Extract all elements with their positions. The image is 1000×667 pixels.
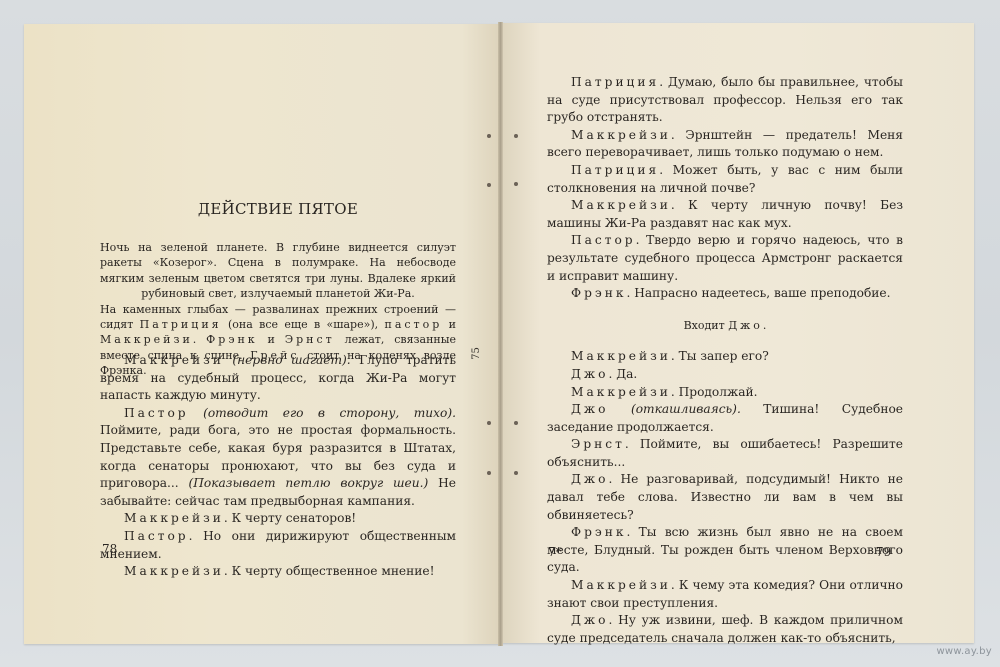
- watermark: www.ay.by: [936, 646, 992, 657]
- book-spine: [498, 22, 503, 646]
- text: Входит: [684, 319, 729, 332]
- dialogue-line: Джо (откашливаясь). Тишина! Судебное зас…: [547, 401, 903, 436]
- left-dialogue: Маккрейзи (нервно шагает). Глупо тратить…: [100, 352, 456, 581]
- speaker-name: Маккрейзи: [571, 128, 671, 142]
- dialogue-line: Патриция. Думаю, было бы правильнее, что…: [547, 74, 903, 127]
- speaker-name: Пастор: [124, 406, 189, 420]
- line-text: . Продолжай.: [671, 385, 758, 399]
- line-text: . К черту сенаторов!: [224, 511, 356, 525]
- dialogue-line: Маккрейзи. К черту сенаторов!: [100, 510, 456, 528]
- speaker-name: Маккрейзи: [124, 564, 224, 578]
- line-text: . Ты запер его?: [671, 349, 769, 363]
- dialogue-line: Джо. Ну уж извини, шеф. В каждом приличн…: [547, 612, 903, 647]
- enter-stage-direction: Входит Джо.: [547, 317, 903, 335]
- dialogue-line: Джо. Не разговаривай, подсудимый! Никто …: [547, 471, 903, 524]
- character-name: пастор: [385, 318, 443, 331]
- dialogue-line: Фрэнк. Напрасно надеетесь, ваше преподоб…: [547, 285, 903, 303]
- character-name: Эрнст: [285, 333, 335, 346]
- speaker-name: Маккрейзи: [571, 578, 671, 592]
- dialogue-line: Маккрейзи. К чему эта комедия? Они отлич…: [547, 577, 903, 612]
- text: и: [258, 333, 285, 346]
- text: и: [442, 318, 456, 331]
- line-text: . К черту общественное мнение!: [224, 564, 435, 578]
- speaker-name: Маккрейзи: [571, 385, 671, 399]
- staple-hole-icon: [487, 134, 491, 138]
- speaker-name: Маккрейзи: [124, 353, 224, 367]
- speaker-name: Маккрейзи: [571, 198, 671, 212]
- signature-mark: 7*: [548, 545, 562, 559]
- gutter-sheet-number: 75: [471, 347, 482, 360]
- speaker-name: Маккрейзи: [124, 511, 224, 525]
- staple-hole-icon: [514, 182, 518, 186]
- dialogue-line: Патриция. Может быть, у вас с ним были с…: [547, 162, 903, 197]
- staple-hole-icon: [514, 134, 518, 138]
- dialogue-line: Фрэнк. Ты всю жизнь был явно не на своем…: [547, 524, 903, 577]
- text: .: [763, 319, 767, 332]
- stage-note: (отводит его в сторону, тихо).: [189, 406, 456, 420]
- dialogue-line: Маккрейзи (нервно шагает). Глупо тратить…: [100, 352, 456, 405]
- dialogue-line: Пастор. Твердо верю и горячо надеюсь, чт…: [547, 232, 903, 285]
- stage-direction-paragraph: Ночь на зеленой планете. В глубине видне…: [100, 240, 456, 302]
- line-text: . Напрасно надеетесь, ваше преподобие.: [626, 286, 890, 300]
- speaker-name: Маккрейзи: [571, 349, 671, 363]
- speaker-name: Фрэнк: [571, 525, 626, 539]
- stage-note: (нервно шагает).: [224, 353, 351, 367]
- stage-note: (откашливаясь).: [608, 402, 740, 416]
- speaker-name: Эрнст: [571, 437, 625, 451]
- dialogue-line: Пастор. Но они дирижируют общественным м…: [100, 528, 456, 563]
- speaker-name: Патриция: [571, 75, 659, 89]
- speaker-name: Джо: [571, 402, 608, 416]
- character-name: Фрэнк: [206, 333, 258, 346]
- dialogue-line: Эрнст. Поймите, вы ошибаетесь! Разрешите…: [547, 436, 903, 471]
- speaker-name: Фрэнк: [571, 286, 626, 300]
- character-name: Маккрейзи: [100, 333, 193, 346]
- text: .: [193, 333, 206, 346]
- dialogue-line: Маккрейзи. К черту личную почву! Без маш…: [547, 197, 903, 232]
- staple-hole-icon: [514, 421, 518, 425]
- page-number-right: 79: [876, 545, 891, 559]
- character-name: Патриция: [140, 318, 222, 331]
- page-number-left: 78: [102, 542, 117, 556]
- staple-hole-icon: [487, 471, 491, 475]
- staple-hole-icon: [487, 183, 491, 187]
- staple-hole-icon: [487, 421, 491, 425]
- dialogue-line: Маккрейзи. Продолжай.: [547, 384, 903, 402]
- line-text: . Да.: [608, 367, 637, 381]
- dialogue-line: Маккрейзи. К черту общественное мнение!: [100, 563, 456, 581]
- dialogue-line: Пастор (отводит его в сторону, тихо). По…: [100, 405, 456, 511]
- act-title: ДЕЙСТВИЕ ПЯТОЕ: [100, 200, 456, 218]
- dialogue-line: Джо. Да.: [547, 366, 903, 384]
- speaker-name: Джо: [571, 472, 608, 486]
- speaker-name: Джо: [571, 367, 608, 381]
- text: (она все еще в «шаре»),: [222, 318, 385, 331]
- speaker-name: Джо: [571, 613, 608, 627]
- dialogue-line: Маккрейзи. Эрнштейн — предатель! Меня вс…: [547, 127, 903, 162]
- staple-hole-icon: [514, 471, 518, 475]
- speaker-name: Пастор: [124, 529, 189, 543]
- speaker-name: Пастор: [571, 233, 636, 247]
- stage-note: (Показывает петлю вокруг шеи.): [189, 476, 429, 490]
- speaker-name: Патриция: [571, 163, 659, 177]
- dialogue-line: Маккрейзи. Ты запер его?: [547, 348, 903, 366]
- character-name: Джо: [728, 319, 763, 332]
- right-dialogue: Патриция. Думаю, было бы правильнее, что…: [547, 74, 903, 647]
